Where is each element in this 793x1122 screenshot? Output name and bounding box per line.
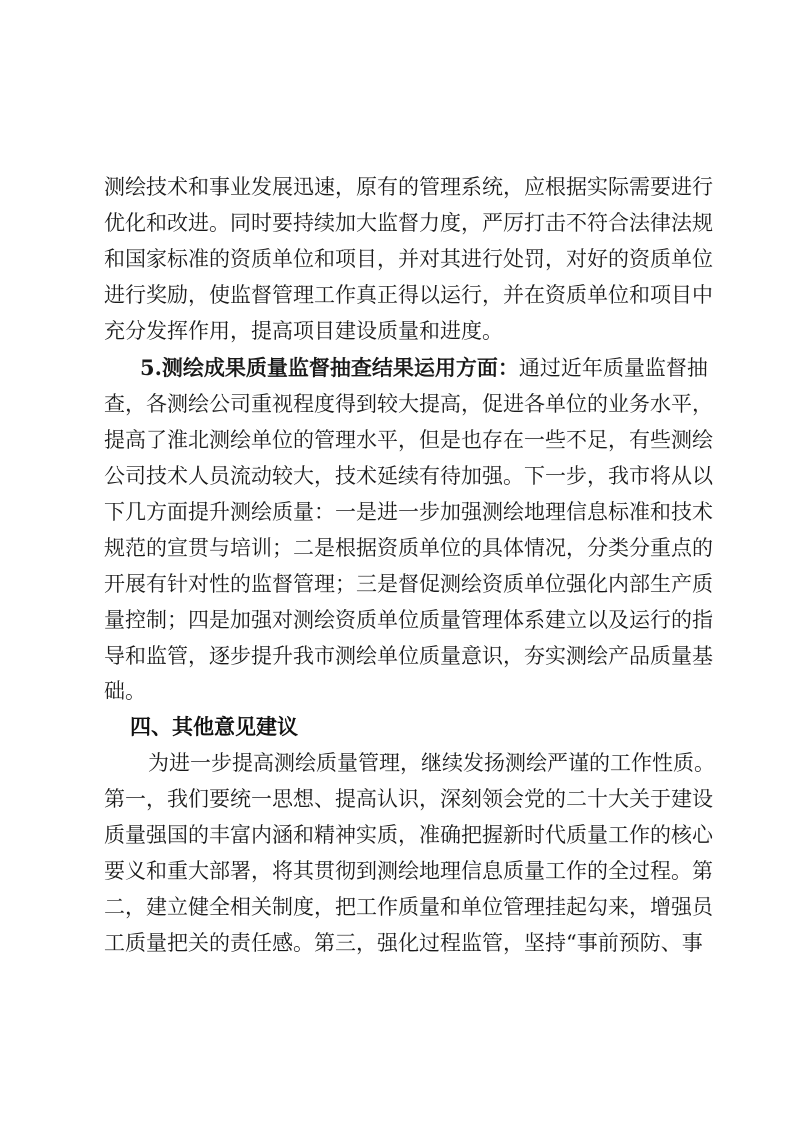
section5-bold-heading: 5.测绘成果质量监督抽查结果运用方面：	[140, 355, 519, 380]
body-text-line: 工质量把关的责任感。第三，强化过程监管，坚持“事前预防、事	[104, 928, 696, 958]
body-text-line: 下几方面提升测绘质量：一是进一步加强测绘地理信息标准和技术	[104, 497, 696, 527]
body-text-line: 质量强国的丰富内涵和精神实质，准确把握新时代质量工作的核心	[104, 820, 696, 850]
section5-first-line-text: 通过近年质量监督抽	[519, 356, 708, 380]
body-text-line: 为进一步提高测绘质量管理，继续发扬测绘严谨的工作性质。	[148, 748, 696, 778]
document-page: 测绘技术和事业发展迅速，原有的管理系统，应根据实际需要进行 优化和改进。同时要持…	[0, 0, 793, 1122]
section-heading: 四、其他意见建议	[130, 712, 298, 742]
body-text-line: 测绘技术和事业发展迅速，原有的管理系统，应根据实际需要进行	[104, 172, 696, 202]
body-text-line: 规范的宣贯与培训；二是根据资质单位的具体情况，分类分重点的	[104, 533, 696, 563]
body-text-line: 量控制；四是加强对测绘资质单位质量管理体系建立以及运行的指	[104, 605, 696, 635]
body-text-line: 公司技术人员流动较大，技术延续有待加强。下一步，我市将从以	[104, 461, 696, 491]
body-text-line: 优化和改进。同时要持续加大监督力度，严厉打击不符合法律法规	[104, 208, 696, 238]
section5-first-line: 5.测绘成果质量监督抽查结果运用方面：通过近年质量监督抽	[140, 353, 696, 383]
body-text-line: 充分发挥作用，提高项目建设质量和进度。	[104, 316, 696, 346]
body-text-line: 查，各测绘公司重视程度得到较大提高，促进各单位的业务水平，	[104, 389, 696, 419]
body-text-line: 础。	[104, 676, 696, 706]
body-text-line: 第一，我们要统一思想、提高认识，深刻领会党的二十大关于建设	[104, 784, 696, 814]
body-text-line: 二，建立健全相关制度，把工作质量和单位管理挂起勾来，增强员	[104, 892, 696, 922]
body-text-line: 进行奖励，使监督管理工作真正得以运行，并在资质单位和项目中	[104, 280, 696, 310]
body-text-line: 和国家标准的资质单位和项目，并对其进行处罚，对好的资质单位	[104, 244, 696, 274]
body-text-line: 导和监管，逐步提升我市测绘单位质量意识，夯实测绘产品质量基	[104, 641, 696, 671]
body-text-line: 提高了淮北测绘单位的管理水平，但是也存在一些不足，有些测绘	[104, 425, 696, 455]
body-text-line: 要义和重大部署，将其贯彻到测绘地理信息质量工作的全过程。第	[104, 856, 696, 886]
body-text-line: 开展有针对性的监督管理；三是督促测绘资质单位强化内部生产质	[104, 569, 696, 599]
